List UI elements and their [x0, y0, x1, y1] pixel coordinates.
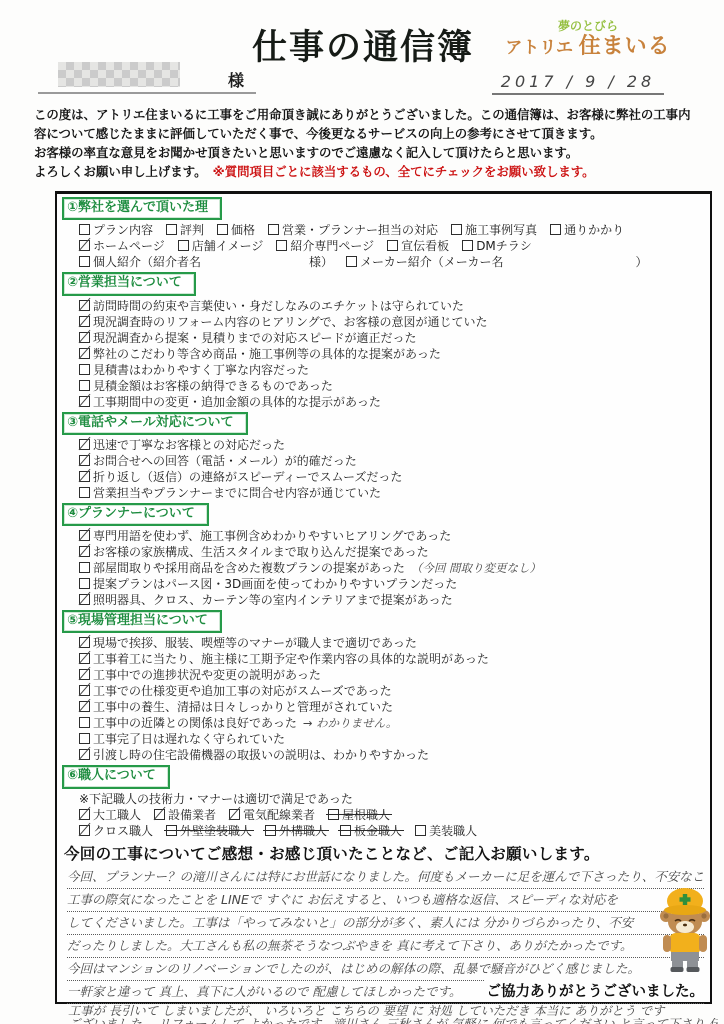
- item-label: 見積金額はお客様の納得できるものであった: [93, 379, 333, 393]
- item-label: 現場で挨拶、服装、喫煙等のマナーが職人まで適切であった: [93, 636, 417, 650]
- checkbox-item: 板金職人: [340, 823, 402, 839]
- checkbox[interactable]: [217, 224, 228, 235]
- checkbox-row: 工事での仕様変更や追加工事の対応がスムーズであった: [67, 683, 704, 699]
- checkbox-item: 専門用語を使わず、施工事例含めわかりやすいヒアリングであった: [79, 528, 451, 544]
- checkbox-row: 大工職人設備業者電気配線業者屋根職人: [67, 807, 704, 823]
- item-label: 工事中の近隣との関係は良好であった: [93, 716, 297, 730]
- checkbox-row: 工事着工に当たり、施主様に工期予定や作業内容の具体的な説明があった: [67, 651, 704, 667]
- below-box-line: 工事が 長引いて しまいましたが、 いろいろと こちらの 要望 に 対処 してい…: [68, 1005, 718, 1018]
- checkbox-item: 評判: [166, 222, 204, 238]
- checkbox-item: 弊社のこだわり等含め商品・施工事例等の具体的な提案があった: [79, 346, 441, 362]
- checkbox[interactable]: [387, 240, 398, 251]
- mascot-bear-icon: [655, 880, 715, 976]
- handwritten-note: → わかりません。: [303, 716, 397, 730]
- item-label: 個人紹介（紹介者名 様）: [93, 255, 333, 269]
- comment-line[interactable]: 工事の際気になったことを LINEで すぐに お伝えすると、いつも適格な返信、ス…: [67, 889, 704, 912]
- item-label: 屋根職人: [342, 808, 390, 822]
- item-label: 工事での仕様変更や追加工事の対応がスムーズであった: [93, 684, 392, 698]
- item-label: 紹介専門ページ: [290, 239, 374, 253]
- checkbox-item: 工事中の近隣との関係は良好であった→ わかりません。: [79, 715, 397, 731]
- intro-line: お客様の率直な意見をお聞かせ頂きたいと思いますのでご遠慮なく記入して頂けたらと思…: [34, 145, 578, 160]
- checkbox-row: 照明器具、クロス、カーテン等の室内インテリアまで提案があった: [67, 592, 704, 608]
- checkbox[interactable]: [166, 224, 177, 235]
- item-label: 通りかかり: [564, 223, 624, 237]
- checkbox-item: 引渡し時の住宅設備機器の取扱いの説明は、わかりやすかった: [79, 747, 429, 763]
- checkbox-checked[interactable]: [79, 471, 90, 482]
- checkbox-row: 見積書はわかりやすく丁寧な内容だった: [67, 362, 704, 378]
- item-label: メーカー紹介（メーカー名 ）: [360, 255, 648, 269]
- checkbox[interactable]: [79, 562, 90, 573]
- checkbox-row: 見積金額はお客様の納得できるものであった: [67, 378, 704, 394]
- item-label: 板金職人: [354, 824, 402, 838]
- logo-tagline: 夢のとびら: [505, 20, 671, 34]
- checkbox[interactable]: [178, 240, 189, 251]
- checkbox[interactable]: [166, 825, 177, 836]
- page-title: 仕事の通信簿: [252, 20, 474, 70]
- checkbox-row: 現況調査から提案・見積りまでの対応スピードが適正だった: [67, 330, 704, 346]
- checkbox[interactable]: [268, 224, 279, 235]
- item-label: 照明器具、クロス、カーテン等の室内インテリアまで提案があった: [93, 593, 453, 607]
- item-label: 工事中での進捗状況や変更の説明があった: [93, 668, 321, 682]
- item-label: 宣伝看板: [401, 239, 449, 253]
- checkbox-checked[interactable]: [79, 348, 90, 359]
- comment-line[interactable]: だったりしました。大工さんも私の無茶そうなつぶやきを 真に考えて下さり、ありがた…: [67, 935, 704, 958]
- checkbox-item: お客様の家族構成、生活スタイルまで取り込んだ提案であった: [79, 544, 429, 560]
- checkbox[interactable]: [79, 364, 90, 375]
- customer-name-underline: [38, 92, 256, 94]
- checkbox-item: 店舗イメージ: [178, 238, 264, 254]
- section-4: ④プランナーについて専門用語を使わず、施工事例含めわかりやすいヒアリングであった…: [67, 501, 704, 608]
- checkbox-row: お客様の家族構成、生活スタイルまで取り込んだ提案であった: [67, 544, 704, 560]
- checkbox-item: メーカー紹介（メーカー名 ）: [346, 254, 648, 270]
- checkbox-item: 現場で挨拶、服装、喫煙等のマナーが職人まで適切であった: [79, 635, 417, 651]
- checkbox-checked[interactable]: [79, 701, 90, 712]
- checkbox[interactable]: [451, 224, 462, 235]
- section-5: ⑤現場管理担当について現場で挨拶、服装、喫煙等のマナーが職人まで適切であった工事…: [67, 608, 704, 763]
- checkbox-checked[interactable]: [79, 240, 90, 251]
- checkbox-row: 現場で挨拶、服装、喫煙等のマナーが職人まで適切であった: [67, 635, 704, 651]
- item-label: 施工事例写真: [465, 223, 537, 237]
- item-label: 評判: [180, 223, 204, 237]
- item-label: お客様の家族構成、生活スタイルまで取り込んだ提案であった: [93, 545, 429, 559]
- item-label: 現況調査から提案・見積りまでの対応スピードが適正だった: [93, 331, 417, 345]
- handwritten-text: 一軒家と違って 真上、真下に人がいるので 配慮してほしかったです。: [67, 984, 461, 999]
- checkbox-item: クロス職人: [79, 823, 153, 839]
- item-label: 工事完了日は遅れなく守られていた: [93, 732, 285, 746]
- intro-line: この度は、アトリエ住まいるに工事をご用命頂き誠にありがとうございました。この通信…: [34, 107, 690, 141]
- document-page: 仕事の通信簿 様 夢のとびら アトリエ 住まいる 2017 / 9 / 28 こ…: [0, 0, 724, 1024]
- item-label: 提案プランはパース図・3D画面を使ってわかりやすいプランだった: [93, 577, 457, 591]
- checkbox[interactable]: [79, 256, 90, 267]
- item-label: ホームページ: [93, 239, 165, 253]
- checkbox-row: 工事中での進捗状況や変更の説明があった: [67, 667, 704, 683]
- below-box-note: 工事が 長引いて しまいましたが、 いろいろと こちらの 要望 に 対処 してい…: [68, 1005, 718, 1024]
- section-title: ⑥職人について: [62, 765, 170, 788]
- checkbox-item: 価格: [217, 222, 255, 238]
- intro-red-note: ※質問項目ごとに該当するもの、全てにチェックをお願い致します。: [213, 164, 595, 179]
- checkbox-checked[interactable]: [79, 396, 90, 407]
- checkbox-checked[interactable]: [79, 332, 90, 343]
- section-1: ①弊社を選んで頂いた理プラン内容評判価格営業・プランナー担当の対応施工事例写真通…: [67, 195, 704, 270]
- handwritten-note: （今回 間取り変更なし）: [411, 561, 541, 575]
- checkbox[interactable]: [79, 578, 90, 589]
- checkbox-item: 工事中での進捗状況や変更の説明があった: [79, 667, 321, 683]
- below-box-line: ございました。 リフォームして よかったです。滝川さん 三秋さんが 気軽に 何で…: [68, 1018, 718, 1024]
- date-field[interactable]: 2017 / 9 / 28: [492, 72, 664, 95]
- checkbox-row: クロス職人外壁塗装職人外構職人板金職人美装職人: [67, 823, 704, 839]
- checkbox-item: 部屋間取りや採用商品を含めた複数プランの提案があった（今回 間取り変更なし）: [79, 560, 541, 576]
- checkbox[interactable]: [79, 380, 90, 391]
- handwritten-text: だったりしました。大工さんも私の無茶そうなつぶやきを 真に考えて下さり、ありがた…: [67, 938, 632, 953]
- checkbox[interactable]: [550, 224, 561, 235]
- comment-line[interactable]: してくださいました。工事は「やってみないと」の部分が多く、素人には 分かりづらか…: [67, 912, 704, 935]
- item-label: 訪問時間の約束や言葉使い・身だしなみのエチケットは守られていた: [93, 299, 464, 313]
- item-label: 工事期間中の変更・追加金額の具体的な提示があった: [93, 395, 381, 409]
- handwritten-text: 今回、プランナー？の滝川さんには特にお世話になりました。何度もメーカーに足を運ん…: [67, 869, 704, 884]
- item-label: 設備業者: [168, 808, 216, 822]
- closing-thanks: ご協力ありがとうございました。: [485, 980, 707, 1001]
- section-3: ③電話やメール対応について迅速で丁寧なお客様との対応だったお問合せへの回答（電話…: [67, 410, 704, 501]
- checkbox-row: ホームページ店舗イメージ紹介専門ページ宣伝看板DMチラシ: [67, 238, 704, 254]
- checkbox-row: 工事完了日は遅れなく守られていた: [67, 731, 704, 747]
- checkbox-item: 個人紹介（紹介者名 様）: [79, 254, 333, 270]
- checkbox-row: 営業担当やプランナーまでに問合せ内容が通じていた: [67, 485, 704, 501]
- checkbox-row: 工事中の養生、清掃は日々しっかりと管理がされていた: [67, 699, 704, 715]
- checkbox-checked[interactable]: [79, 685, 90, 696]
- checkbox-item: 営業担当やプランナーまでに問合せ内容が通じていた: [79, 485, 381, 501]
- comment-line[interactable]: 今回はマンションのリノベーションでしたのが、はじめの解体の際、乱暴で騒音がひどく…: [67, 958, 704, 981]
- checkbox-item: 外構職人: [265, 823, 327, 839]
- intro-text: この度は、アトリエ住まいるに工事をご用命頂き誠にありがとうございました。この通信…: [34, 106, 700, 181]
- company-logo: 夢のとびら アトリエ 住まいる: [505, 20, 671, 59]
- section-title: ②営業担当について: [62, 272, 196, 295]
- item-label: プラン内容: [93, 223, 153, 237]
- item-label: 美装職人: [429, 824, 477, 838]
- checkbox-checked[interactable]: [79, 825, 90, 836]
- checkbox[interactable]: [79, 224, 90, 235]
- checkbox-checked[interactable]: [79, 455, 90, 466]
- checkbox-item: 工事期間中の変更・追加金額の具体的な提示があった: [79, 394, 381, 410]
- checkbox-item: 設備業者: [154, 807, 216, 823]
- main-form-box: ①弊社を選んで頂いた理プラン内容評判価格営業・プランナー担当の対応施工事例写真通…: [55, 191, 712, 1004]
- customer-name-redacted: [58, 62, 180, 87]
- checkbox-row: 訪問時間の約束や言葉使い・身だしなみのエチケットは守られていた: [67, 298, 704, 314]
- checkbox-item: 営業・プランナー担当の対応: [268, 222, 438, 238]
- checkbox-checked[interactable]: [229, 809, 240, 820]
- checkbox-row: 提案プランはパース図・3D画面を使ってわかりやすいプランだった: [67, 576, 704, 592]
- handwritten-text: 今回はマンションのリノベーションでしたのが、はじめの解体の際、乱暴で騒音がひどく…: [67, 961, 640, 976]
- checkbox-row: 専門用語を使わず、施工事例含めわかりやすいヒアリングであった: [67, 528, 704, 544]
- checkbox-row: 部屋間取りや採用商品を含めた複数プランの提案があった（今回 間取り変更なし）: [67, 560, 704, 576]
- checkbox-item: 大工職人: [79, 807, 141, 823]
- item-label: お問合せへの回答（電話・メール）が的確だった: [93, 454, 357, 468]
- item-label: 電気配線業者: [243, 808, 315, 822]
- handwritten-text: してくださいました。工事は「やってみないと」の部分が多く、素人には 分かりづらか…: [67, 915, 633, 930]
- checkbox-row: 工事中の近隣との関係は良好であった→ わかりません。: [67, 715, 704, 731]
- section-title: ③電話やメール対応について: [62, 412, 248, 435]
- checkbox-row: 個人紹介（紹介者名 様）メーカー紹介（メーカー名 ）: [67, 254, 704, 270]
- checkbox-checked[interactable]: [79, 546, 90, 557]
- checkbox[interactable]: [265, 825, 276, 836]
- checkbox[interactable]: [79, 487, 90, 498]
- item-label: 現況調査時のリフォーム内容のヒアリングで、お客様の意図が通じていた: [93, 315, 487, 329]
- checkbox-item: 宣伝看板: [387, 238, 449, 254]
- checkbox-item: 美装職人: [415, 823, 477, 839]
- checkbox-item: 工事での仕様変更や追加工事の対応がスムーズであった: [79, 683, 392, 699]
- customer-name-suffix: 様: [228, 68, 244, 91]
- checkbox-item: 見積書はわかりやすく丁寧な内容だった: [79, 362, 309, 378]
- checkbox-checked[interactable]: [79, 669, 90, 680]
- checkbox-row: お問合せへの回答（電話・メール）が的確だった: [67, 453, 704, 469]
- checkbox-checked[interactable]: [79, 530, 90, 541]
- checkbox-item: 迅速で丁寧なお客様との対応だった: [79, 437, 285, 453]
- checkbox[interactable]: [276, 240, 287, 251]
- checkbox-item: 工事着工に当たり、施主様に工期予定や作業内容の具体的な説明があった: [79, 651, 489, 667]
- checkbox-item: 外壁塗装職人: [166, 823, 252, 839]
- checkbox-item: 提案プランはパース図・3D画面を使ってわかりやすいプランだった: [79, 576, 457, 592]
- checkbox-item: 現況調査時のリフォーム内容のヒアリングで、お客様の意図が通じていた: [79, 314, 487, 330]
- checkbox-checked[interactable]: [154, 809, 165, 820]
- item-label: 店舗イメージ: [192, 239, 264, 253]
- item-label: 引渡し時の住宅設備機器の取扱いの説明は、わかりやすかった: [93, 748, 429, 762]
- checkbox-item: 電気配線業者: [229, 807, 315, 823]
- checkbox-item: お問合せへの回答（電話・メール）が的確だった: [79, 453, 357, 469]
- checkbox[interactable]: [346, 256, 357, 267]
- checkbox-item: 通りかかり: [550, 222, 624, 238]
- checkbox-item: 訪問時間の約束や言葉使い・身だしなみのエチケットは守られていた: [79, 298, 464, 314]
- checkbox-row: 迅速で丁寧なお客様との対応だった: [67, 437, 704, 453]
- checkbox-row: 折り返し（返信）の連絡がスピーディーでスムーズだった: [67, 469, 704, 485]
- checkbox-row: プラン内容評判価格営業・プランナー担当の対応施工事例写真通りかかり: [67, 222, 704, 238]
- section-note: ※下記職人の技術力・マナーは適切で満足であった: [67, 791, 704, 807]
- checkbox-item: DMチラシ: [462, 238, 532, 254]
- logo-name: アトリエ 住まいる: [505, 34, 671, 59]
- checkbox[interactable]: [79, 733, 90, 744]
- item-label: 価格: [231, 223, 255, 237]
- section-6: ⑥職人について※下記職人の技術力・マナーは適切で満足であった大工職人設備業者電気…: [67, 763, 704, 838]
- item-label: 工事着工に当たり、施主様に工期予定や作業内容の具体的な説明があった: [93, 652, 489, 666]
- checkbox-item: 工事完了日は遅れなく守られていた: [79, 731, 285, 747]
- checkbox-item: 施工事例写真: [451, 222, 537, 238]
- checkbox-checked[interactable]: [79, 316, 90, 327]
- section-title: ⑤現場管理担当について: [62, 610, 222, 633]
- checkbox[interactable]: [340, 825, 351, 836]
- checkbox-checked[interactable]: [79, 439, 90, 450]
- checkbox-checked[interactable]: [79, 300, 90, 311]
- sections-container: ①弊社を選んで頂いた理プラン内容評判価格営業・プランナー担当の対応施工事例写真通…: [67, 195, 704, 839]
- item-label: 見積書はわかりやすく丁寧な内容だった: [93, 363, 309, 377]
- item-label: 弊社のこだわり等含め商品・施工事例等の具体的な提案があった: [93, 347, 441, 361]
- item-label: 外壁塗装職人: [180, 824, 252, 838]
- checkbox[interactable]: [79, 717, 90, 728]
- item-label: 営業担当やプランナーまでに問合せ内容が通じていた: [93, 486, 381, 500]
- item-label: 部屋間取りや採用商品を含めた複数プランの提案があった: [93, 561, 405, 575]
- comment-line[interactable]: 今回、プランナー？の滝川さんには特にお世話になりました。何度もメーカーに足を運ん…: [67, 866, 704, 889]
- checkbox-item: 屋根職人: [328, 807, 390, 823]
- intro-line: よろしくお願い申し上げます。: [34, 164, 213, 179]
- item-label: DMチラシ: [476, 239, 532, 253]
- checkbox[interactable]: [328, 809, 339, 820]
- section-title: ①弊社を選んで頂いた理: [62, 197, 222, 220]
- section-2: ②営業担当について訪問時間の約束や言葉使い・身だしなみのエチケットは守られていた…: [67, 270, 704, 409]
- handwritten-text: 工事の際気になったことを LINEで すぐに お伝えすると、いつも適格な返信、ス…: [67, 892, 618, 907]
- checkbox[interactable]: [462, 240, 473, 251]
- checkbox-item: 見積金額はお客様の納得できるものであった: [79, 378, 333, 394]
- checkbox-checked[interactable]: [79, 594, 90, 605]
- item-label: 大工職人: [93, 808, 141, 822]
- checkbox-item: 工事中の養生、清掃は日々しっかりと管理がされていた: [79, 699, 393, 715]
- checkbox-row: 弊社のこだわり等含め商品・施工事例等の具体的な提案があった: [67, 346, 704, 362]
- checkbox-checked[interactable]: [79, 749, 90, 760]
- item-label: 迅速で丁寧なお客様との対応だった: [93, 438, 285, 452]
- checkbox-checked[interactable]: [79, 637, 90, 648]
- item-label: 折り返し（返信）の連絡がスピーディーでスムーズだった: [93, 470, 402, 484]
- checkbox-item: 折り返し（返信）の連絡がスピーディーでスムーズだった: [79, 469, 402, 485]
- checkbox-row: 工事期間中の変更・追加金額の具体的な提示があった: [67, 394, 704, 410]
- checkbox-row: 現況調査時のリフォーム内容のヒアリングで、お客様の意図が通じていた: [67, 314, 704, 330]
- item-label: 営業・プランナー担当の対応: [282, 223, 438, 237]
- checkbox-checked[interactable]: [79, 653, 90, 664]
- section-title: ④プランナーについて: [62, 503, 209, 526]
- item-label: クロス職人: [93, 824, 153, 838]
- checkbox[interactable]: [415, 825, 426, 836]
- comment-heading: 今回の工事についてご感想・お感じ頂いたことなど、ご記入お願いします。: [64, 842, 704, 864]
- checkbox-item: 現況調査から提案・見積りまでの対応スピードが適正だった: [79, 330, 417, 346]
- checkbox-item: プラン内容: [79, 222, 153, 238]
- checkbox-item: 照明器具、クロス、カーテン等の室内インテリアまで提案があった: [79, 592, 453, 608]
- checkbox-row: 引渡し時の住宅設備機器の取扱いの説明は、わかりやすかった: [67, 747, 704, 763]
- checkbox-checked[interactable]: [79, 809, 90, 820]
- checkbox-item: ホームページ: [79, 238, 165, 254]
- item-label: 工事中の養生、清掃は日々しっかりと管理がされていた: [93, 700, 393, 714]
- item-label: 外構職人: [279, 824, 327, 838]
- checkbox-item: 紹介専門ページ: [276, 238, 374, 254]
- item-label: 専門用語を使わず、施工事例含めわかりやすいヒアリングであった: [93, 529, 451, 543]
